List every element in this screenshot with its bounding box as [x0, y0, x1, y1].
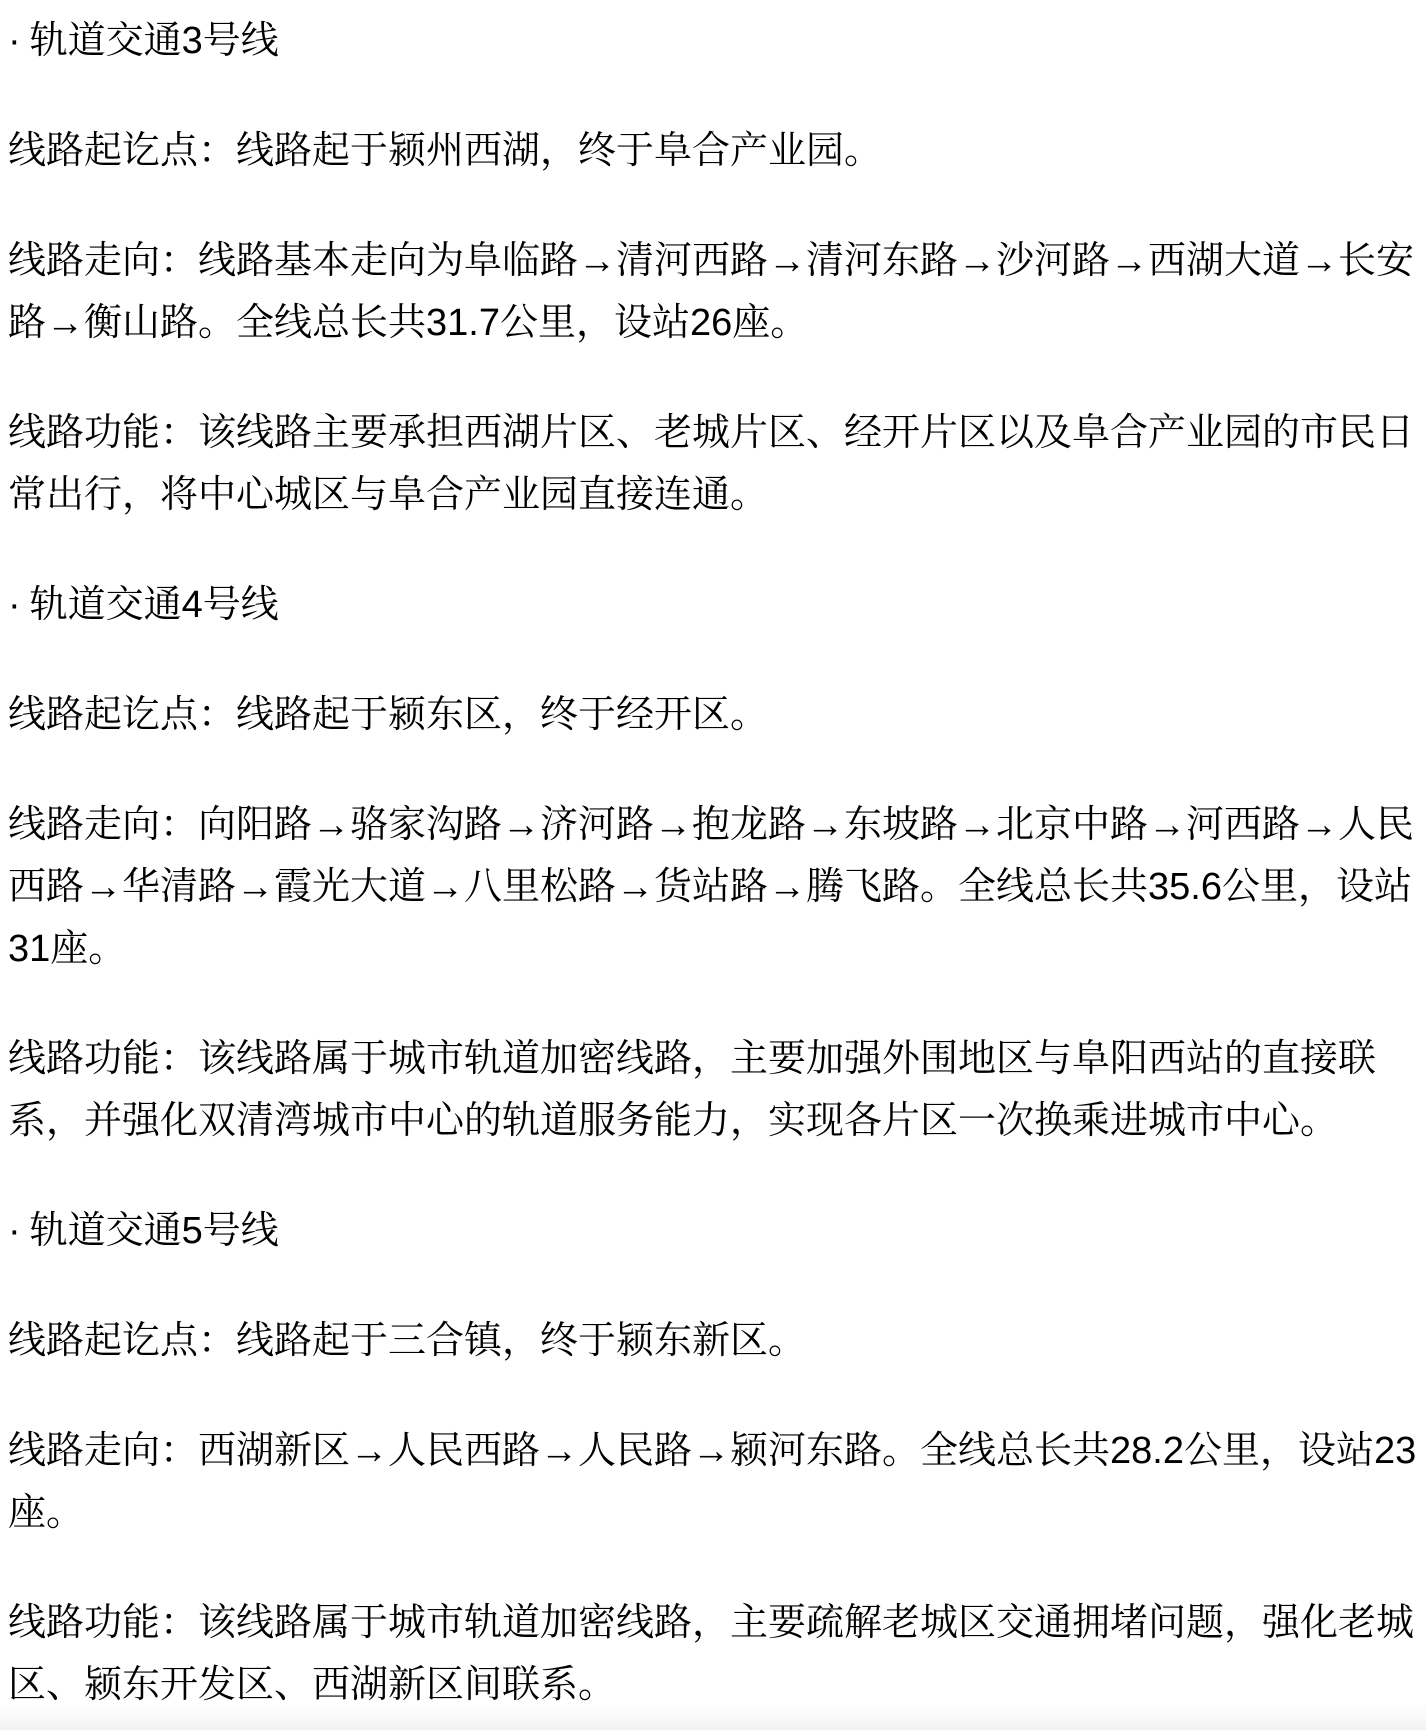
section-heading-text: 轨道交通4号线	[30, 584, 279, 626]
paragraph-line3-route: 线路走向：线路基本走向为阜临路→清河西路→清河东路→沙河路→西湖大道→长安 路→…	[8, 230, 1418, 354]
bullet-icon: ·	[8, 574, 21, 636]
bullet-icon: ·	[8, 10, 21, 72]
paragraph-line: 线路功能：该线路属于城市轨道加密线路，主要疏解老城区交通拥堵问题，强化老城	[8, 1592, 1418, 1654]
paragraph-line: 线路走向：西湖新区→人民西路→人民路→颍河东路。全线总长共28.2公里，设站23	[8, 1420, 1418, 1482]
paragraph-line: 座。	[8, 1482, 1418, 1544]
paragraph-line: 常出行，将中心城区与阜合产业园直接连通。	[8, 464, 1418, 526]
paragraph-line5-function: 线路功能：该线路属于城市轨道加密线路，主要疏解老城区交通拥堵问题，强化老城 区、…	[8, 1592, 1418, 1716]
section-heading-text: 轨道交通5号线	[30, 1210, 279, 1252]
paragraph-line: 线路功能：该线路属于城市轨道加密线路，主要加强外围地区与阜阳西站的直接联	[8, 1028, 1418, 1090]
paragraph-line5-endpoints: 线路起讫点：线路起于三合镇，终于颍东新区。	[8, 1310, 1418, 1372]
paragraph-line: 线路起讫点：线路起于颍州西湖，终于阜合产业园。	[8, 120, 1418, 182]
paragraph-line: 31座。	[8, 918, 1418, 980]
paragraph-line3-function: 线路功能：该线路主要承担西湖片区、老城片区、经开片区以及阜合产业园的市民日 常出…	[8, 402, 1418, 526]
paragraph-line: 区、颍东开发区、西湖新区间联系。	[8, 1654, 1418, 1716]
paragraph-line4-function: 线路功能：该线路属于城市轨道加密线路，主要加强外围地区与阜阳西站的直接联 系，并…	[8, 1028, 1418, 1152]
article-page: { "page": { "background": "#ffffff", "te…	[0, 0, 1426, 1730]
paragraph-line4-endpoints: 线路起讫点：线路起于颍东区，终于经开区。	[8, 684, 1418, 746]
paragraph-line: 线路走向：向阳路→骆家沟路→济河路→抱龙路→东坡路→北京中路→河西路→人民	[8, 794, 1418, 856]
paragraph-line4-route: 线路走向：向阳路→骆家沟路→济河路→抱龙路→东坡路→北京中路→河西路→人民 西路…	[8, 794, 1418, 980]
article-body: ·轨道交通3号线 线路起讫点：线路起于颍州西湖，终于阜合产业园。 线路走向：线路…	[0, 0, 1426, 1716]
section-heading-line4: ·轨道交通4号线	[8, 574, 1418, 636]
paragraph-line: 路→衡山路。全线总长共31.7公里，设站26座。	[8, 292, 1418, 354]
bullet-icon: ·	[8, 1200, 21, 1262]
paragraph-line: 线路起讫点：线路起于颍东区，终于经开区。	[8, 684, 1418, 746]
paragraph-line: 西路→华清路→霞光大道→八里松路→货站路→腾飞路。全线总长共35.6公里，设站	[8, 856, 1418, 918]
paragraph-line: 系，并强化双清湾城市中心的轨道服务能力，实现各片区一次换乘进城市中心。	[8, 1090, 1418, 1152]
section-heading-line3: ·轨道交通3号线	[8, 10, 1418, 72]
paragraph-line3-endpoints: 线路起讫点：线路起于颍州西湖，终于阜合产业园。	[8, 120, 1418, 182]
paragraph-line: 线路功能：该线路主要承担西湖片区、老城片区、经开片区以及阜合产业园的市民日	[8, 402, 1418, 464]
paragraph-line: 线路走向：线路基本走向为阜临路→清河西路→清河东路→沙河路→西湖大道→长安	[8, 230, 1418, 292]
paragraph-line: 线路起讫点：线路起于三合镇，终于颍东新区。	[8, 1310, 1418, 1372]
paragraph-line5-route: 线路走向：西湖新区→人民西路→人民路→颍河东路。全线总长共28.2公里，设站23…	[8, 1420, 1418, 1544]
section-heading-line5: ·轨道交通5号线	[8, 1200, 1418, 1262]
section-heading-text: 轨道交通3号线	[30, 20, 279, 62]
